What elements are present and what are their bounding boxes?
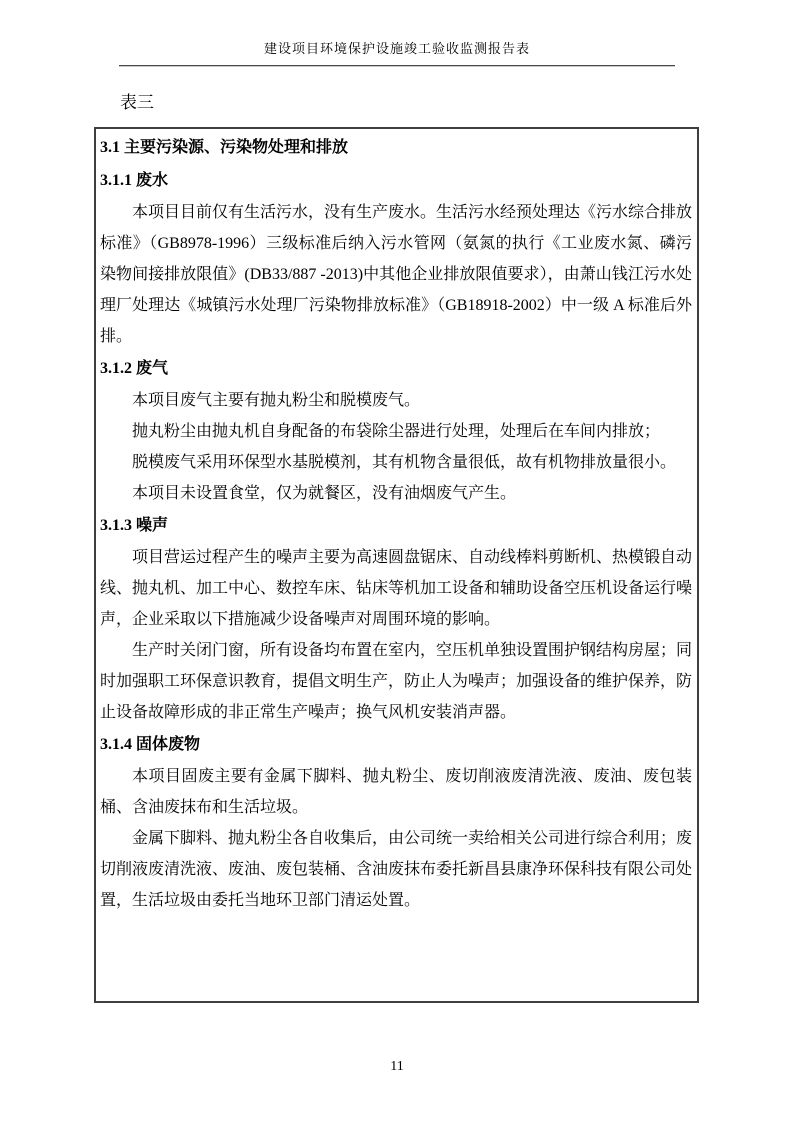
paragraph-solidwaste-2: 金属下脚料、抛丸粉尘各自收集后，由公司统一卖给相关公司进行综合利用；废切削液废清… xyxy=(100,823,692,916)
paragraph-wastewater: 本项目目前仅有生活污水，没有生产废水。生活污水经预处理达《污水综合排放标准》（G… xyxy=(100,197,692,352)
section-heading-3-1-4: 3.1.4 固体废物 xyxy=(100,728,692,761)
paragraph-noise-1: 项目营运过程产生的噪声主要为高速圆盘锯床、自动线棒料剪断机、热模锻自动线、抛丸机… xyxy=(100,542,692,635)
section-heading-3-1: 3.1 主要污染源、污染物处理和排放 xyxy=(100,131,692,164)
paragraph-wastegas-1: 本项目废气主要有抛丸粉尘和脱模废气。 xyxy=(100,385,692,416)
paragraph-wastegas-2: 抛丸粉尘由抛丸机自身配备的布袋除尘器进行处理，处理后在车间内排放； xyxy=(100,416,692,447)
paragraph-wastegas-3: 脱模废气采用环保型水基脱模剂，其有机物含量很低，故有机物排放量很小。 xyxy=(100,447,692,478)
section-heading-3-1-3: 3.1.3 噪声 xyxy=(100,509,692,542)
paragraph-solidwaste-1: 本项目固废主要有金属下脚料、抛丸粉尘、废切削液废清洗液、废油、废包装桶、含油废抹… xyxy=(100,761,692,823)
page-number: 11 xyxy=(0,1058,794,1075)
paragraph-noise-2: 生产时关闭门窗，所有设备均布置在室内，空压机单独设置围护钢结构房屋；同时加强职工… xyxy=(100,635,692,728)
header-rule-divider xyxy=(119,65,675,67)
paragraph-wastegas-4: 本项目未设置食堂，仅为就餐区，没有油烟废气产生。 xyxy=(100,478,692,509)
report-header-title: 建设项目环境保护设施竣工验收监测报告表 xyxy=(0,41,794,57)
table-label: 表三 xyxy=(120,93,154,113)
document-page: 建设项目环境保护设施竣工验收监测报告表 表三 3.1 主要污染源、污染物处理和排… xyxy=(0,0,794,1123)
report-table-box: 3.1 主要污染源、污染物处理和排放 3.1.1 废水 本项目目前仅有生活污水，… xyxy=(94,127,699,1003)
section-heading-3-1-1: 3.1.1 废水 xyxy=(100,164,692,197)
section-heading-3-1-2: 3.1.2 废气 xyxy=(100,352,692,385)
